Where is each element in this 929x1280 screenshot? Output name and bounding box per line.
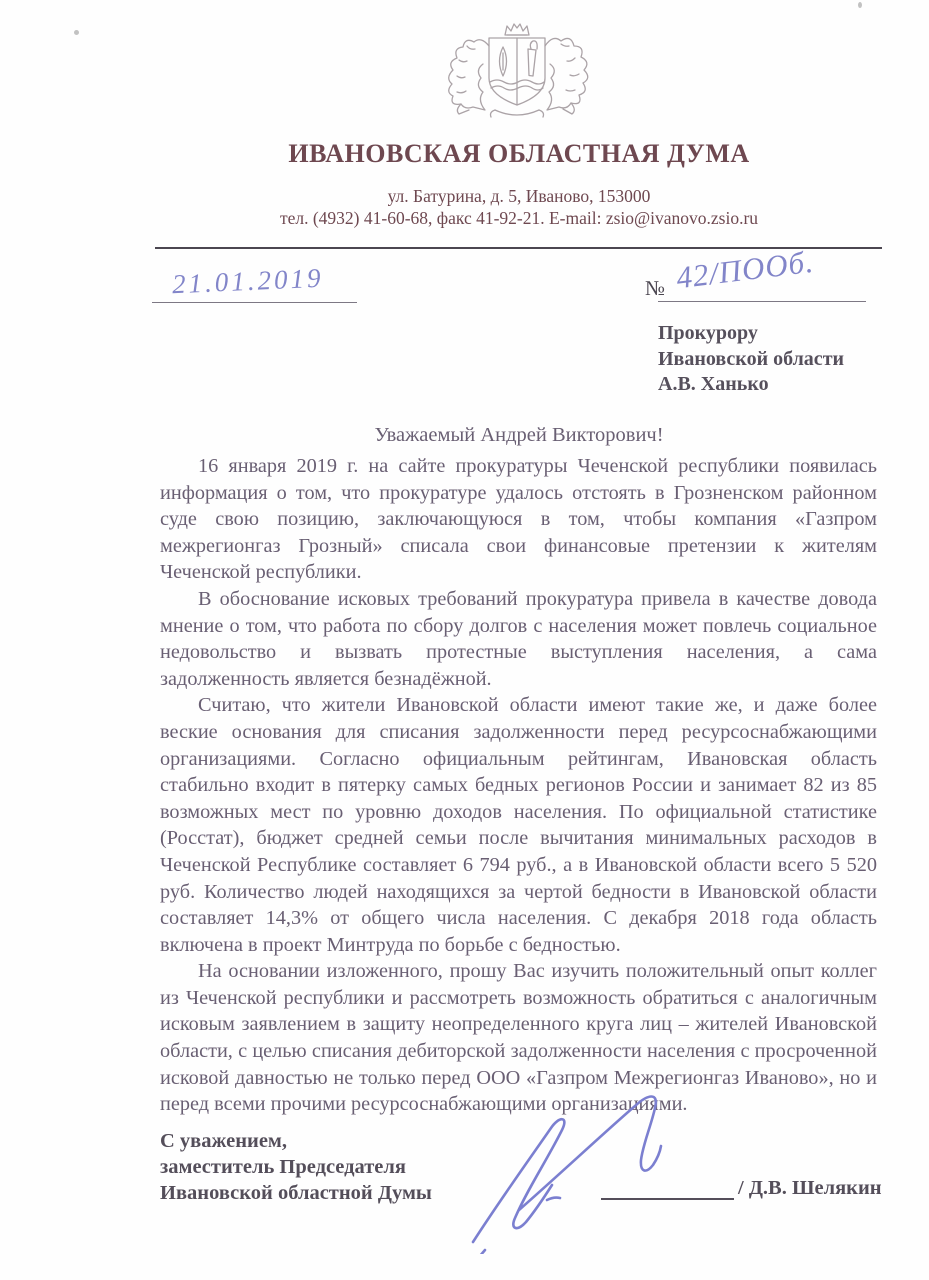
closing-position-2: Ивановской областной Думы <box>160 1180 432 1206</box>
addressee-block: Прокурору Ивановской области А.В. Ханько <box>658 321 844 398</box>
letter-body: 16 января 2019 г. на сайте прокуратуры Ч… <box>160 453 877 1118</box>
signature-line <box>601 1198 734 1200</box>
addressee-title: Прокурору <box>658 321 844 347</box>
org-address: ул. Батурина, д. 5, Иваново, 153000 <box>160 186 878 207</box>
coat-of-arms-icon <box>437 20 597 124</box>
org-contacts: тел. (4932) 41-60-68, факс 41-92-21. E-m… <box>160 208 878 229</box>
number-label: № <box>645 276 665 301</box>
scan-speck <box>858 2 862 8</box>
paragraph-2: В обоснование исковых требований прокура… <box>160 586 877 692</box>
closing-regards: С уважением, <box>160 1128 432 1154</box>
scan-speck <box>74 30 79 35</box>
closing-block: С уважением, заместитель Председателя Ив… <box>160 1128 432 1206</box>
paragraph-3: Считаю, что жители Ивановской области им… <box>160 692 877 958</box>
number-underline <box>658 301 866 302</box>
signee-name: / Д.В. Шелякин <box>738 1177 882 1200</box>
scanned-letter-page: ИВАНОВСКАЯ ОБЛАСТНАЯ ДУМА ул. Батурина, … <box>0 0 929 1280</box>
addressee-region: Ивановской области <box>658 347 844 373</box>
salutation: Уважаемый Андрей Викторович! <box>160 424 878 447</box>
closing-position-1: заместитель Председателя <box>160 1154 432 1180</box>
paragraph-1: 16 января 2019 г. на сайте прокуратуры Ч… <box>160 453 877 586</box>
handwritten-date: 21.01.2019 <box>171 263 324 301</box>
handwritten-signature <box>455 1082 755 1254</box>
addressee-name: А.В. Ханько <box>658 372 844 398</box>
handwritten-number: 42/ПООб. <box>674 244 815 297</box>
date-underline <box>152 302 357 303</box>
org-name: ИВАНОВСКАЯ ОБЛАСТНАЯ ДУМА <box>160 139 878 169</box>
